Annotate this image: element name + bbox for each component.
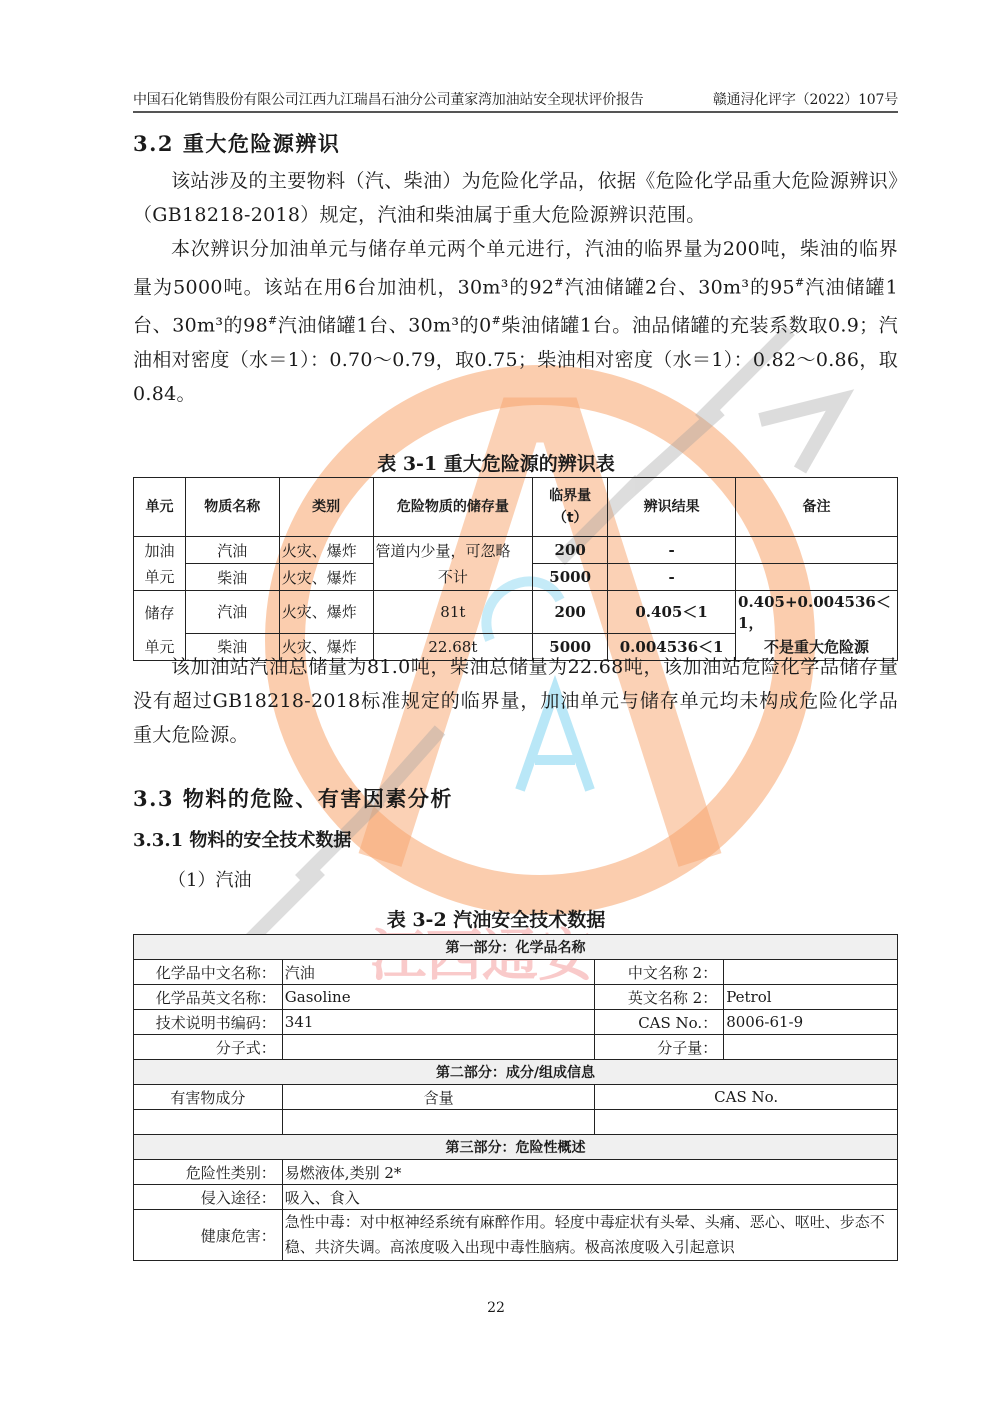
- table-row: 储存 汽油 火灾、爆炸 81t 200 0.405＜1 0.405+0.0045…: [134, 591, 898, 634]
- table-row: 危险性类别： 易燃液体,类别 2*: [134, 1160, 898, 1185]
- table-header-row: 单元 物质名称 类别 危险物质的储存量 临界量（t） 辨识结果 备注: [134, 478, 898, 537]
- en-name2-label: 英文名称 2：: [595, 985, 724, 1010]
- cell-result: -: [608, 564, 736, 591]
- page-header: 中国石化销售股份有限公司江西九江瑞昌石油分公司董家湾加油站安全现状评价报告 赣通…: [133, 87, 898, 113]
- text-fragment: 汽油储罐2台、30m³的95: [564, 276, 795, 298]
- table-row: 有害物成分 含量 CAS No.: [134, 1085, 898, 1110]
- superscript: #: [268, 314, 278, 327]
- en-name-value: Gasoline: [282, 985, 595, 1010]
- paragraph-3-2-conclusion: 该加油站汽油总储量为81.0吨，柴油总储量为22.68吨，该加油站危险化学品储存…: [133, 650, 898, 752]
- section-row: 第三部分：危险性概述: [134, 1135, 898, 1160]
- paragraph-3-2-intro: 该站涉及的主要物料（汽、柴油）为危险化学品，依据《危险化学品重大危险源辨识》（G…: [133, 164, 898, 232]
- part3-title: 第三部分：危险性概述: [134, 1135, 898, 1160]
- cell-substance: 柴油: [185, 564, 279, 591]
- header-text: 临界量: [549, 488, 591, 504]
- col-header-result: 辨识结果: [608, 478, 736, 537]
- mw-label: 分子量：: [595, 1035, 724, 1060]
- health-label: 健康危害：: [134, 1210, 283, 1261]
- section-heading-3-3: 3.3 物料的危险、有害因素分析: [133, 783, 453, 813]
- section-heading-3-2: 3.2 重大危险源辨识: [133, 128, 340, 158]
- cell-unit: 单元: [134, 564, 186, 591]
- cell-critical: 200: [533, 537, 608, 564]
- cell-note: [736, 564, 898, 591]
- cell-critical: 5000: [533, 564, 608, 591]
- table-row: 化学品中文名称： 汽油 中文名称 2：: [134, 960, 898, 985]
- cas-value: 8006-61-9: [724, 1010, 898, 1035]
- comp-cell-empty: [282, 1110, 595, 1135]
- mw-value: [724, 1035, 898, 1060]
- cell-category: 火灾、爆炸: [279, 591, 373, 634]
- cas-label: CAS No.：: [595, 1010, 724, 1035]
- tech-code-label: 技术说明书编码：: [134, 1010, 283, 1035]
- item-gasoline: （1）汽油: [168, 866, 251, 892]
- cn-name2-label: 中文名称 2：: [595, 960, 724, 985]
- table-row: 加油 汽油 火灾、爆炸 管道内少量，可忽略 200 -: [134, 537, 898, 564]
- cn-name2-value: [724, 960, 898, 985]
- superscript: #: [554, 276, 564, 289]
- table-row: [134, 1110, 898, 1135]
- table-row: 化学品英文名称： Gasoline 英文名称 2： Petrol: [134, 985, 898, 1010]
- comp-cell-empty: [595, 1110, 898, 1135]
- comp-cell-empty: [134, 1110, 283, 1135]
- cell-unit: 储存: [134, 591, 186, 634]
- cell-result: -: [608, 537, 736, 564]
- paragraph-3-2-details: 本次辨识分加油单元与储存单元两个单元进行，汽油的临界量为200吨，柴油的临界量为…: [133, 232, 898, 411]
- cell-result: 0.405＜1: [608, 591, 736, 634]
- cn-name-label: 化学品中文名称：: [134, 960, 283, 985]
- table-row: 技术说明书编码： 341 CAS No.： 8006-61-9: [134, 1010, 898, 1035]
- header-unit-text: （t）: [553, 510, 588, 526]
- tech-code-value: 341: [282, 1010, 595, 1035]
- health-value: 急性中毒：对中枢神经系统有麻醉作用。轻度中毒症状有头晕、头痛、恶心、呕吐、步态不…: [282, 1210, 897, 1261]
- table-3-1-caption: 表 3-1 重大危险源的辨识表: [0, 449, 992, 476]
- section-row: 第一部分：化学品名称: [134, 935, 898, 960]
- table-row: 侵入途径： 吸入、食入: [134, 1185, 898, 1210]
- cell-critical: 200: [533, 591, 608, 634]
- col-header-unit: 单元: [134, 478, 186, 537]
- part2-title: 第二部分：成分/组成信息: [134, 1060, 898, 1085]
- cell-substance: 汽油: [185, 537, 279, 564]
- table-3-2-caption: 表 3-2 汽油安全技术数据: [0, 905, 992, 932]
- cell-note: 0.405+0.004536＜1，: [736, 591, 898, 634]
- hazard-identification-table: 单元 物质名称 类别 危险物质的储存量 临界量（t） 辨识结果 备注 加油 汽油…: [133, 477, 898, 661]
- cell-storage: 管道内少量，可忽略: [373, 537, 533, 564]
- col-header-substance: 物质名称: [185, 478, 279, 537]
- formula-label: 分子式：: [134, 1035, 283, 1060]
- text-fragment: 汽油储罐1台、30m³的0: [278, 315, 492, 337]
- col-header-critical: 临界量（t）: [533, 478, 608, 537]
- hazard-class-value: 易燃液体,类别 2*: [282, 1160, 897, 1185]
- superscript: #: [492, 314, 502, 327]
- col-header-note: 备注: [736, 478, 898, 537]
- col-header-storage: 危险物质的储存量: [373, 478, 533, 537]
- table-row: 健康危害： 急性中毒：对中枢神经系统有麻醉作用。轻度中毒症状有头晕、头痛、恶心、…: [134, 1210, 898, 1261]
- part1-title: 第一部分：化学品名称: [134, 935, 898, 960]
- hazard-class-label: 危险性类别：: [134, 1160, 283, 1185]
- document-number: 赣通浔化评字（2022）107号: [713, 89, 898, 109]
- en-name2-value: Petrol: [724, 985, 898, 1010]
- col-header-category: 类别: [279, 478, 373, 537]
- cell-storage: 81t: [373, 591, 533, 634]
- route-value: 吸入、食入: [282, 1185, 897, 1210]
- cell-category: 火灾、爆炸: [279, 564, 373, 591]
- comp-header-cas: CAS No.: [595, 1085, 898, 1110]
- en-name-label: 化学品英文名称：: [134, 985, 283, 1010]
- table-row: 单元 柴油 火灾、爆炸 不计 5000 -: [134, 564, 898, 591]
- cn-name-value: 汽油: [282, 960, 595, 985]
- cell-substance: 汽油: [185, 591, 279, 634]
- comp-header-substance: 有害物成分: [134, 1085, 283, 1110]
- section-heading-3-3-1: 3.3.1 物料的安全技术数据: [133, 826, 351, 852]
- page-number: 22: [0, 1300, 992, 1316]
- formula-value: [282, 1035, 595, 1060]
- route-label: 侵入途径：: [134, 1185, 283, 1210]
- section-row: 第二部分：成分/组成信息: [134, 1060, 898, 1085]
- report-title: 中国石化销售股份有限公司江西九江瑞昌石油分公司董家湾加油站安全现状评价报告: [133, 89, 644, 109]
- table-row: 分子式： 分子量：: [134, 1035, 898, 1060]
- gasoline-safety-data-table: 第一部分：化学品名称 化学品中文名称： 汽油 中文名称 2： 化学品英文名称： …: [133, 934, 898, 1261]
- cell-unit: 加油: [134, 537, 186, 564]
- document-page: 江西通安 中国石化销售股份有限公司江西九江瑞昌石油分公司董家湾加油站安全现状评价…: [0, 0, 992, 1403]
- cell-storage: 不计: [373, 564, 533, 591]
- cell-category: 火灾、爆炸: [279, 537, 373, 564]
- cell-note: [736, 537, 898, 564]
- comp-header-content: 含量: [282, 1085, 595, 1110]
